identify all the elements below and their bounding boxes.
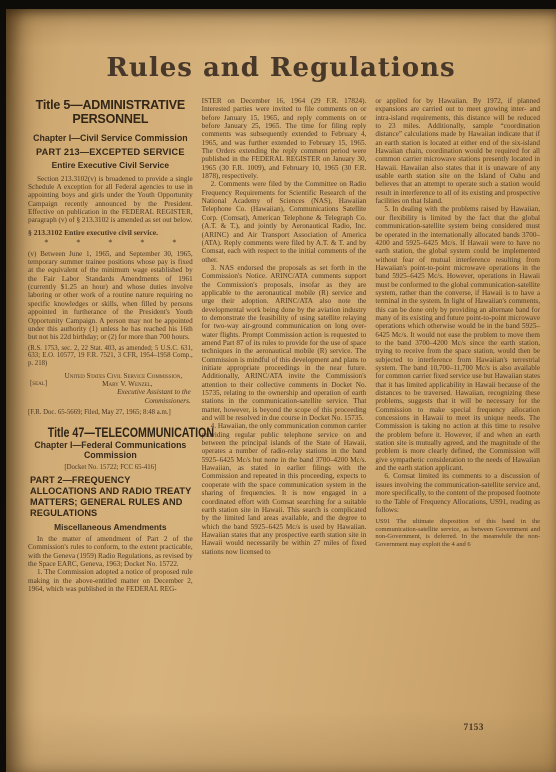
paragraph-1-continued: ISTER on December 16, 1964 (29 F.R. 1782…: [202, 97, 367, 180]
part213-heading: PART 213—EXCEPTED SERVICE: [28, 147, 193, 157]
docket-line: [Docket No. 15722; FCC 65-416]: [28, 464, 193, 472]
seal-label: [seal]: [30, 380, 47, 388]
signature-organization: United States Civil Service Commission,: [28, 372, 193, 380]
page-title: Rules and Regulations: [6, 53, 556, 83]
misc-amendments-heading: Miscellaneous Amendments: [28, 523, 193, 531]
section-213-heading: § 213.3102 Entire executive civil servic…: [28, 229, 193, 238]
right-column: or applied for by Hawaiian. By 1972, if …: [375, 97, 540, 707]
signer-title: Executive Assistant to the Commissioners…: [28, 388, 193, 405]
page-number: 7153: [464, 722, 484, 732]
paragraph-v: (v) Between June 1, 1965, and September …: [28, 250, 193, 342]
entire-service-subheading: Entire Executive Civil Service: [28, 161, 193, 169]
scanned-page: Rules and Regulations Title 5—ADMINISTRA…: [6, 9, 556, 772]
statutory-citation: (R.S. 1753, sec. 2, 22 Stat. 403, as ame…: [28, 345, 193, 368]
signature-row: [seal] Mary V. Wenzel,: [28, 380, 193, 388]
center-column: ISTER on December 16, 1964 (29 F.R. 1782…: [202, 97, 367, 707]
paragraph-1: 1. The Commission adopted a notice of pr…: [28, 568, 193, 593]
us91-footnote: US91 The ultimate disposition of this ba…: [375, 518, 540, 548]
left-column: Title 5—ADMINISTRATIVE PERSONNEL Chapter…: [28, 97, 193, 707]
paragraph-6: 6. Comsat limited its comments to a disc…: [375, 472, 540, 514]
intro-paragraph: Section 213.3102(v) is broadened to prov…: [28, 175, 193, 225]
part2-heading: PART 2—FREQUENCY ALLOCATIONS AND RADIO T…: [28, 475, 193, 518]
chapter47-heading: Chapter I—Federal Communications Commiss…: [30, 440, 191, 460]
paragraph-5: 5. In dealing with the problems raised b…: [375, 205, 540, 472]
title5-heading: Title 5—ADMINISTRATIVE PERSONNEL: [28, 99, 193, 126]
paragraph-2: 2. Comments were filed by the Committee …: [202, 180, 367, 263]
matter-paragraph: In the matter of amendment of Part 2 of …: [28, 535, 193, 568]
column-layout: Title 5—ADMINISTRATIVE PERSONNEL Chapter…: [6, 83, 556, 707]
paragraph-4-continued: or applied for by Hawaiian. By 1972, if …: [375, 97, 540, 205]
asterisk-separator: * * * * *: [28, 239, 193, 247]
signer-name: Mary V. Wenzel,: [28, 380, 193, 388]
title47-heading: Title 47—TELECOMMUNICATION: [48, 428, 173, 436]
fr-doc-line: [F.R. Doc. 65-5669; Filed, May 27, 1965;…: [28, 409, 193, 417]
chapter1-heading: Chapter I—Civil Service Commission: [30, 133, 191, 143]
paragraph-4: 4. Hawaiian, the only communication comm…: [202, 422, 367, 556]
paragraph-3: 3. NAS endorsed the proposals as set for…: [202, 264, 367, 423]
